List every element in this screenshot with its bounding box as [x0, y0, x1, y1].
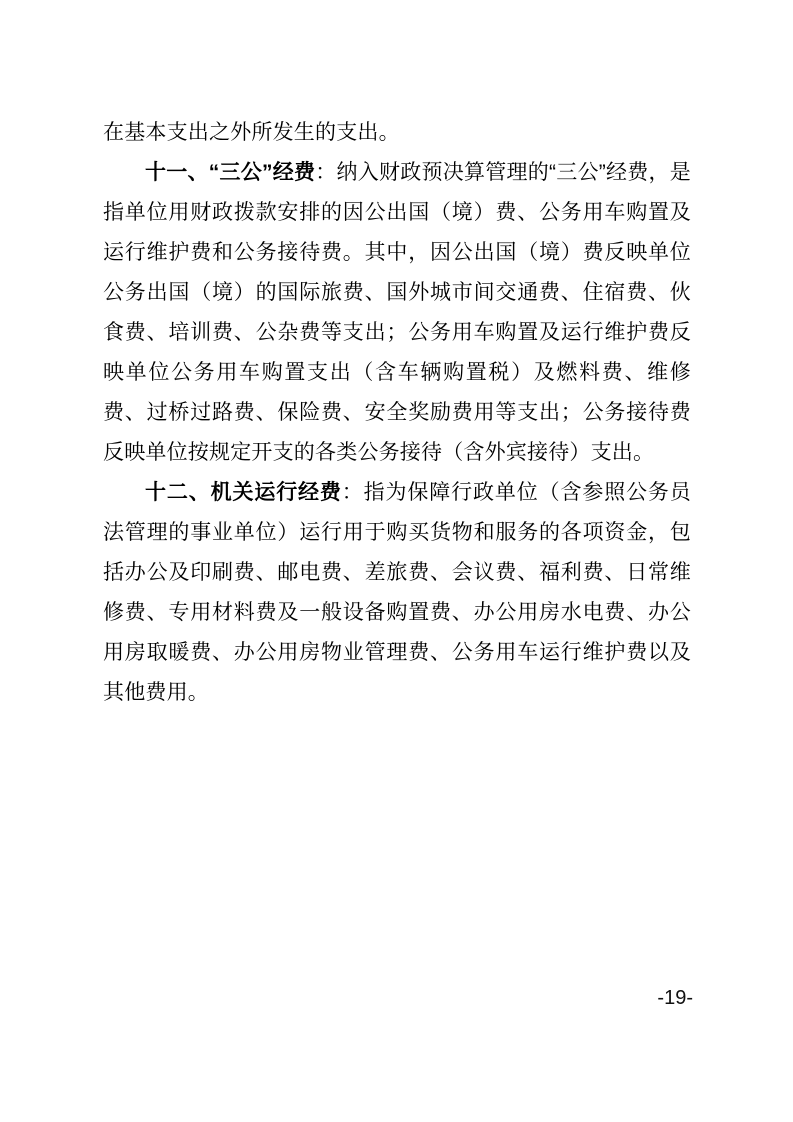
paragraph-section-11: 十一、“三公”经费：纳入财政预决算管理的“三公”经费，是指单位用财政拨款安排的因… — [103, 153, 691, 473]
paragraph-section-12: 十二、机关运行经费：指为保障行政单位（含参照公务员法管理的事业单位）运行用于购买… — [103, 473, 691, 713]
section-heading-three-public-funds: 十一、“三公”经费 — [145, 161, 315, 184]
paragraph-text: ：指为保障行政单位（含参照公务员法管理的事业单位）运行用于购买货物和服务的各项资… — [103, 481, 691, 704]
paragraph-text: 在基本支出之外所发生的支出。 — [103, 121, 400, 144]
document-page: 在基本支出之外所发生的支出。 十一、“三公”经费：纳入财政预决算管理的“三公”经… — [0, 0, 793, 1122]
paragraph-text: ：纳入财政预决算管理的“三公”经费，是指单位用财政拨款安排的因公出国（境）费、公… — [103, 161, 691, 464]
paragraph-continuation: 在基本支出之外所发生的支出。 — [103, 113, 691, 153]
text-block: 在基本支出之外所发生的支出。 十一、“三公”经费：纳入财政预决算管理的“三公”经… — [103, 113, 691, 713]
page-number: -19- — [657, 986, 693, 1010]
section-heading-agency-operating-funds: 十二、机关运行经费 — [145, 481, 342, 504]
